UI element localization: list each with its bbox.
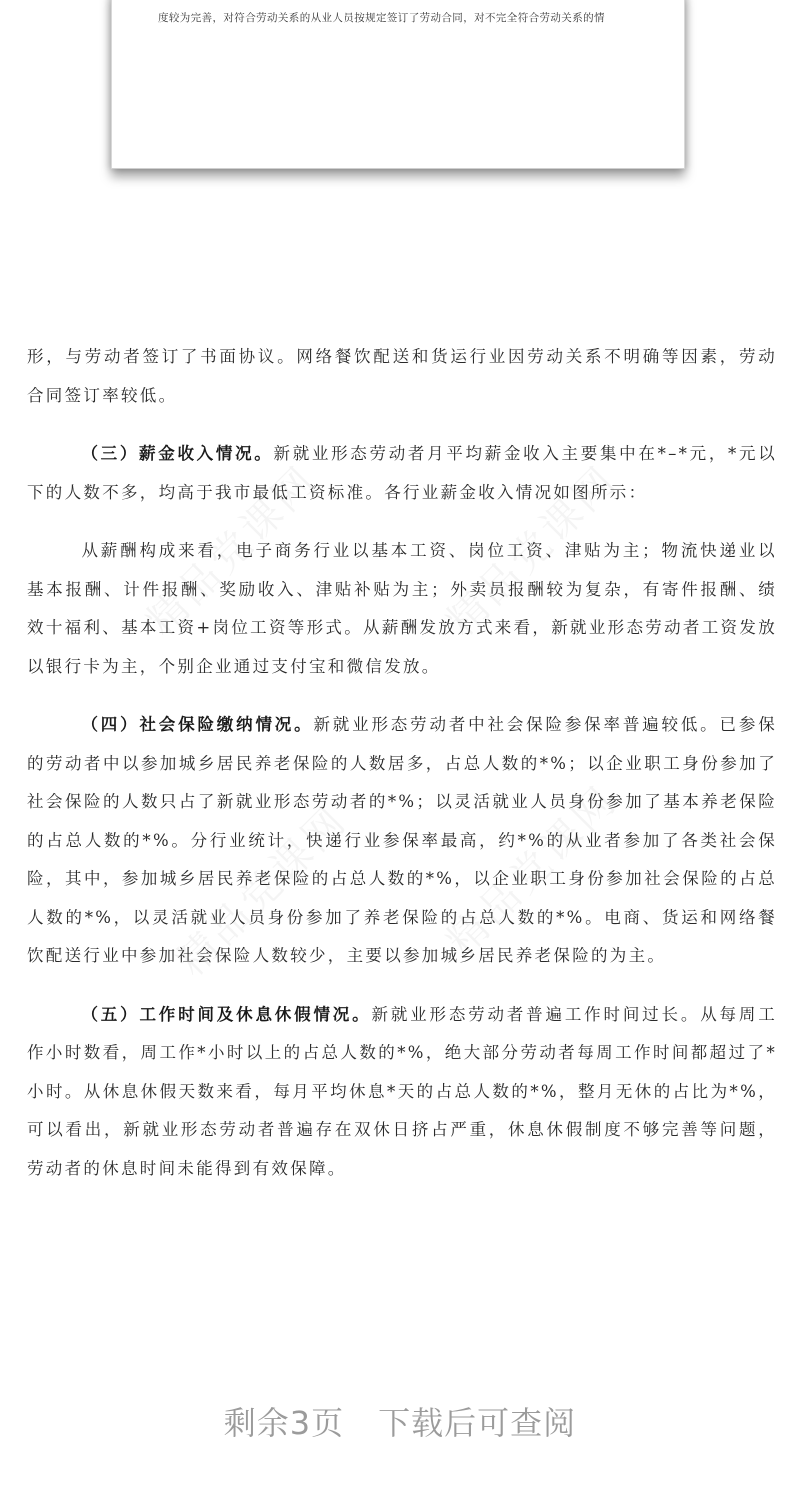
- remaining-pages-label: 剩余3页: [224, 1404, 344, 1442]
- paragraph-social-insurance: （四）社会保险缴纳情况。新就业形态劳动者中社会保险参保率普遍较低。已参保的劳动者…: [27, 706, 777, 976]
- paragraph-text: 形，与劳动者签订了书面协议。网络餐饮配送和货运行业因劳动关系不明确等因素，劳动合…: [27, 347, 777, 405]
- section-heading-working-hours: （五）工作时间及休息休假情况。: [81, 1005, 371, 1024]
- paragraph-text: 从薪酬构成来看，电子商务行业以基本工资、岗位工资、津贴为主；物流快递业以基本报酬…: [27, 541, 777, 676]
- paragraph-text: 新就业形态劳动者普遍工作时间过长。从每周工作小时数看，周工作*小时以上的占总人数…: [27, 1005, 777, 1178]
- preview-text-line: 度较为完善，对符合劳动关系的从业人员按规定签订了劳动合同，对不完全符合劳动关系的…: [158, 10, 605, 25]
- paragraph-working-hours: （五）工作时间及休息休假情况。新就业形态劳动者普遍工作时间过长。从每周工作小时数…: [27, 996, 777, 1189]
- download-notice[interactable]: 剩余3页下载后可查阅: [0, 1398, 800, 1444]
- section-heading-salary: （三）薪金收入情况。: [81, 444, 273, 463]
- paragraph-contract-continuation: 形，与劳动者签订了书面协议。网络餐饮配送和货运行业因劳动关系不明确等因素，劳动合…: [27, 338, 777, 415]
- section-heading-social-insurance: （四）社会保险缴纳情况。: [81, 715, 313, 734]
- download-hint-label: 下载后可查阅: [378, 1404, 576, 1442]
- paragraph-salary-income: （三）薪金收入情况。新就业形态劳动者月平均薪金收入主要集中在*–*元，*元以下的…: [27, 435, 777, 512]
- document-body: 形，与劳动者签订了书面协议。网络餐饮配送和货运行业因劳动关系不明确等因素，劳动合…: [27, 338, 777, 1188]
- paragraph-text: 新就业形态劳动者中社会保险参保率普遍较低。已参保的劳动者中以参加城乡居民养老保险…: [27, 715, 777, 965]
- paragraph-pay-structure: 从薪酬构成来看，电子商务行业以基本工资、岗位工资、津贴为主；物流快递业以基本报酬…: [27, 532, 777, 686]
- previous-page-preview: 度较为完善，对符合劳动关系的从业人员按规定签订了劳动合同，对不完全符合劳动关系的…: [111, 0, 685, 169]
